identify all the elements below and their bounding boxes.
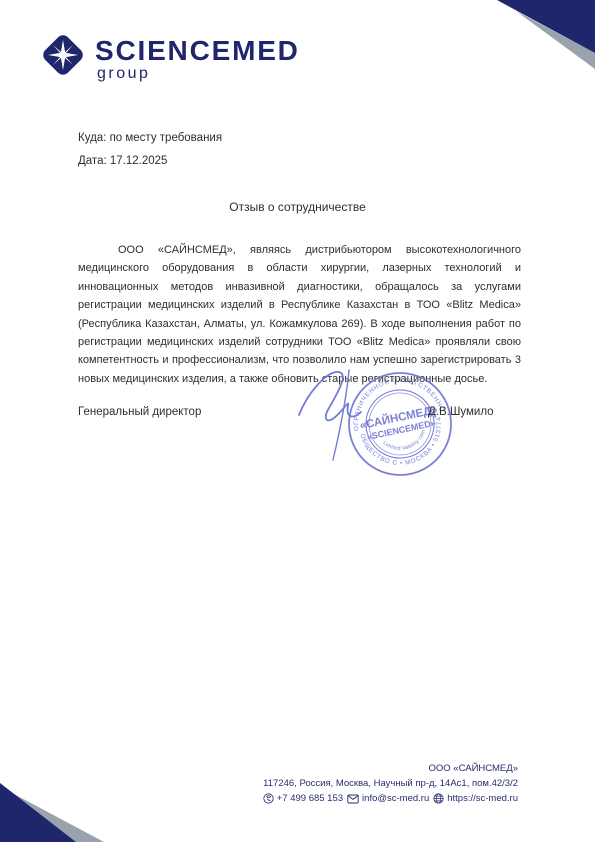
- globe-icon: [433, 793, 444, 804]
- logo-sub-text: group: [97, 66, 300, 82]
- recipient-line: Куда: по месту требования: [78, 127, 222, 150]
- bottom-left-gray-triangle: [14, 794, 104, 842]
- bottom-left-navy-triangle: [0, 783, 76, 842]
- date-line: Дата: 17.12.2025: [78, 150, 222, 173]
- footer-address: 117246, Россия, Москва, Научный пр-д, 14…: [263, 776, 518, 791]
- phone-icon: [263, 793, 274, 804]
- handwritten-signature: [293, 360, 388, 473]
- top-right-gray-triangle: [516, 11, 595, 69]
- position-label: Генеральный директор: [78, 406, 201, 418]
- footer-email: info@sc-med.ru: [362, 791, 429, 806]
- footer-company: ООО «САЙНСМЕД»: [263, 761, 518, 776]
- top-right-navy-triangle: [497, 0, 595, 53]
- email-icon: [347, 794, 359, 804]
- footer-phone: +7 499 685 153: [277, 791, 343, 806]
- logo-brand-text: SCIENCEMED: [95, 37, 300, 65]
- letter-page: SCIENCEMED group Куда: по месту требован…: [0, 0, 595, 842]
- starburst-diamond-icon: [40, 32, 86, 78]
- footer-website: https://sc-med.ru: [447, 791, 518, 806]
- footer-contact-line: +7 499 685 153 info@sc-med.ru https://sc…: [263, 791, 518, 806]
- letter-meta: Куда: по месту требования Дата: 17.12.20…: [78, 127, 222, 173]
- footer: ООО «САЙНСМЕД» 117246, Россия, Москва, Н…: [263, 761, 518, 806]
- logo: SCIENCEMED group: [40, 32, 300, 82]
- document-title: Отзыв о сотрудничестве: [0, 200, 595, 214]
- signer-name: Д.В.Шумило: [428, 406, 494, 418]
